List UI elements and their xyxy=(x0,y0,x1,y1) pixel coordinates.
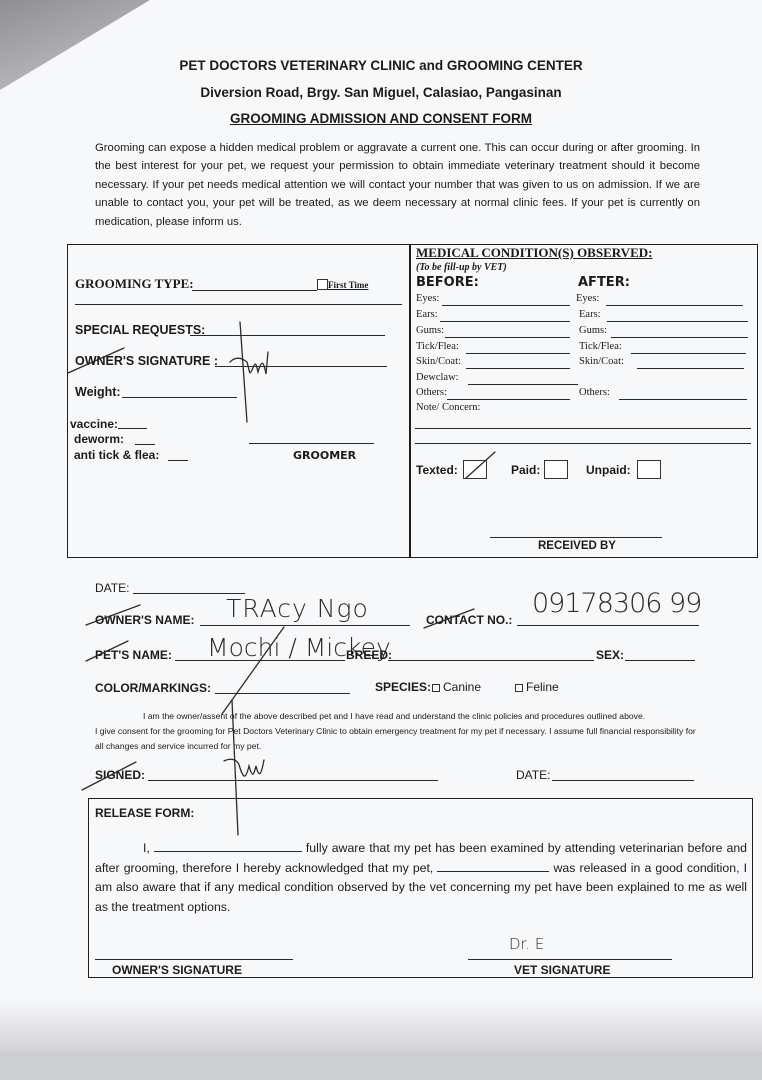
release-title: RELEASE FORM: xyxy=(95,806,194,820)
contact-value: 09178306 99 xyxy=(532,588,701,619)
clinic-name: PET DOCTORS VETERINARY CLINIC and GROOMI… xyxy=(0,58,762,73)
after-field-label: Ears: xyxy=(579,309,601,320)
owner-name-field[interactable] xyxy=(200,625,410,626)
background-surface-bottom xyxy=(0,1050,762,1080)
species-label: SPECIES: xyxy=(375,680,431,694)
before-heading: BEFORE: xyxy=(416,275,479,290)
release-owner-signature-label: OWNER'S SIGNATURE xyxy=(112,963,242,977)
before-field-label: Dewclaw: xyxy=(416,372,459,383)
after-heading: AFTER: xyxy=(578,275,630,290)
form-title: GROOMING ADMISSION AND CONSENT FORM xyxy=(0,111,762,126)
note-concern-label: Note/ Concern: xyxy=(416,402,480,413)
unpaid-checkbox[interactable] xyxy=(637,460,661,479)
before-field-input[interactable] xyxy=(466,368,570,369)
color-markings-label: COLOR/MARKINGS: xyxy=(95,681,211,695)
before-field-input[interactable] xyxy=(440,321,570,322)
consent-text-line1: I am the owner/assent of the above descr… xyxy=(95,709,753,724)
release-paragraph: I, fully aware that my pet has been exam… xyxy=(95,839,747,917)
note-line-2[interactable] xyxy=(415,443,751,444)
anti-tick-flea-field[interactable] xyxy=(168,460,188,461)
special-requests-label: SPECIAL REQUESTS: xyxy=(75,323,205,337)
groomer-label: GROOMER xyxy=(293,449,356,462)
after-field-input[interactable] xyxy=(631,353,746,354)
contact-field[interactable] xyxy=(517,625,699,626)
anti-tick-flea-label: anti tick & flea: xyxy=(74,448,159,462)
vet-signature-field[interactable] xyxy=(468,959,672,960)
release-owner-signature-field[interactable] xyxy=(95,959,293,960)
after-field-label: Gums: xyxy=(579,325,607,336)
medical-subtitle: (To be fill-up by VET) xyxy=(416,262,507,273)
owner-name-label: OWNER'S NAME: xyxy=(95,613,195,627)
received-by-label: RECEIVED BY xyxy=(538,540,616,552)
before-field-label: Ears: xyxy=(416,309,438,320)
unpaid-label: Unpaid: xyxy=(586,463,631,477)
received-by-signature-field[interactable] xyxy=(490,537,662,538)
special-requests-field[interactable] xyxy=(190,335,385,336)
before-field-label: Eyes: xyxy=(416,293,439,304)
intro-paragraph: Grooming can expose a hidden medical pro… xyxy=(95,139,700,231)
consent-text: I give consent for the grooming for Pet … xyxy=(95,724,705,754)
owner-name-value: TRAcy Ngo xyxy=(226,594,369,623)
clinic-address: Diversion Road, Brgy. San Miguel, Calasi… xyxy=(0,85,762,100)
before-field-input[interactable] xyxy=(445,337,570,338)
after-field-input[interactable] xyxy=(619,399,747,400)
before-field-label: Skin/Coat: xyxy=(416,356,461,367)
before-field-input[interactable] xyxy=(468,384,578,385)
vet-signature-value: Dr. E xyxy=(509,935,544,953)
texted-label: Texted: xyxy=(416,463,458,477)
signed-field[interactable] xyxy=(148,780,438,781)
date-label: DATE: xyxy=(95,581,129,595)
owner-signature-field[interactable] xyxy=(215,366,387,367)
note-line-1[interactable] xyxy=(415,428,751,429)
species-canine-checkbox[interactable] xyxy=(432,684,440,692)
release-pet-name-field[interactable] xyxy=(437,859,549,872)
vaccine-field[interactable] xyxy=(118,428,147,429)
vet-signature-label: VET SIGNATURE xyxy=(514,963,610,977)
color-markings-field[interactable] xyxy=(215,693,350,694)
vaccine-label: vaccine: xyxy=(70,417,118,431)
after-field-input[interactable] xyxy=(637,368,744,369)
medical-title: MEDICAL CONDITION(S) OBSERVED: xyxy=(416,245,652,261)
weight-field[interactable] xyxy=(122,397,237,398)
species-feline-checkbox[interactable] xyxy=(515,684,523,692)
paid-checkbox[interactable] xyxy=(544,460,568,479)
paid-label: Paid: xyxy=(511,463,540,477)
species-feline-label: Feline xyxy=(526,680,559,694)
after-field-input[interactable] xyxy=(606,305,743,306)
before-field-label: Gums: xyxy=(416,325,444,336)
release-owner-name-field[interactable] xyxy=(154,839,302,852)
breed-field[interactable] xyxy=(388,660,594,661)
groomer-signature-field[interactable] xyxy=(249,443,374,444)
grooming-type-extra-line[interactable] xyxy=(75,304,402,305)
sex-label: SEX: xyxy=(596,648,624,662)
before-field-input[interactable] xyxy=(442,305,570,306)
consent-date-label: DATE: xyxy=(516,768,550,782)
first-time-checkbox[interactable] xyxy=(317,279,328,290)
after-field-label: Skin/Coat: xyxy=(579,356,624,367)
release-text-a: I, xyxy=(95,841,154,855)
signed-label: SIGNED: xyxy=(95,768,145,782)
deworm-field[interactable] xyxy=(135,444,155,445)
before-field-input[interactable] xyxy=(447,399,570,400)
deworm-label: deworm: xyxy=(74,432,124,446)
before-field-input[interactable] xyxy=(466,353,570,354)
after-field-input[interactable] xyxy=(611,337,748,338)
breed-label: BREED: xyxy=(346,648,392,662)
species-canine-label: Canine xyxy=(443,680,481,694)
after-field-label: Others: xyxy=(579,387,610,398)
grooming-type-label: GROOMING TYPE: xyxy=(75,276,194,292)
weight-label: Weight: xyxy=(75,385,121,399)
after-field-label: Eyes: xyxy=(576,293,599,304)
contact-label: CONTACT NO.: xyxy=(426,613,512,627)
texted-checkbox[interactable] xyxy=(463,460,487,479)
after-field-input[interactable] xyxy=(607,321,748,322)
before-field-label: Others: xyxy=(416,387,447,398)
after-field-label: Tick/Flea: xyxy=(579,341,622,352)
before-field-label: Tick/Flea: xyxy=(416,341,459,352)
pet-name-label: PET'S NAME: xyxy=(95,648,172,662)
first-time-label: First Time xyxy=(328,280,368,290)
section-divider xyxy=(409,244,411,557)
consent-date-field[interactable] xyxy=(552,780,694,781)
owner-signature-label: OWNER'S SIGNATURE : xyxy=(75,354,218,368)
grooming-type-field[interactable] xyxy=(192,290,317,291)
sex-field[interactable] xyxy=(625,660,695,661)
